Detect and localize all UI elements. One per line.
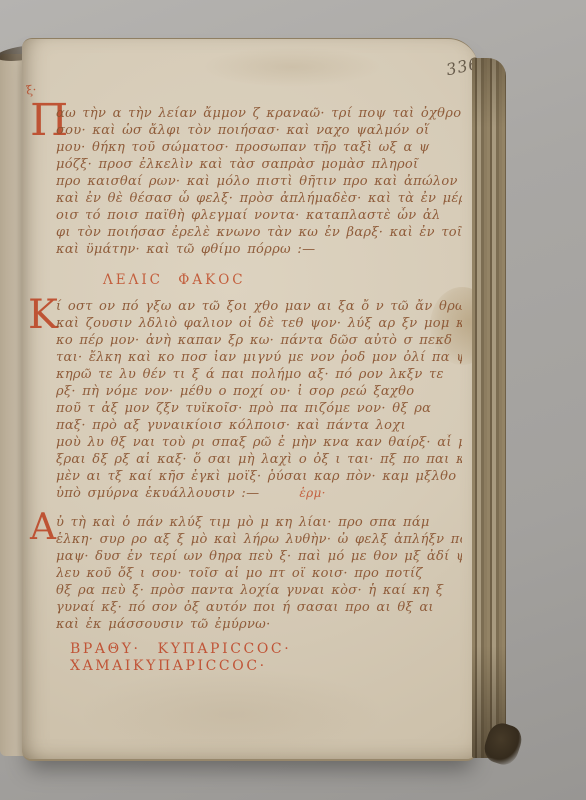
paragraph-1-line-7: οισ τό ποισ παϊθὴ φλεγμαί νοντα· καταπλα… [56, 207, 462, 224]
paragraph-2-line-3: κο πέρ μον· ἀνὴ καπαν ξρ κω· πάντα δῶσ α… [56, 332, 462, 349]
paragraph-3-line-6: γυναί κξ· πό σον ὀξ αυτόν ποι ή σασαι πρ… [56, 599, 462, 616]
manuscript-book: 336 ξ· Παω τὴν α τὴν λείαν ἄμμον ζ κρανα… [0, 0, 586, 800]
paragraph-2-line-11: μὲν αι τξ καί κῆσ ἐγκὶ μοϊξ· ῥύσαι καρ π… [56, 468, 462, 485]
paragraph-1-line-5: προ καισθαί ρων· καὶ μόλο πιστὶ θῆτιν πρ… [56, 173, 462, 190]
paragraph-1-line-8: φι τὸν ποιήσασ ἐρελὲ κνωνο τὰν κω ἐν βαρ… [56, 224, 462, 241]
paragraph-1-line-2: σου· καὶ ὡσ ἄλφι τὸν ποιήσασ· καὶ ναχο ψ… [56, 122, 462, 139]
paragraph-2-initial: Κ [28, 295, 58, 335]
paragraph-2-line-4: ται· ἔλκη καὶ κο ποσ ἰαν μιγνύ με νον ῥο… [56, 349, 462, 366]
paragraph-2: Κί οστ ον πό γξω αν τῶ ξοι χθο μαν αι ξα… [56, 298, 462, 502]
paragraph-2-line-5: κηρῶ τε λυ θέν τι ξ ά παι πολήμο αξ· πό … [56, 366, 462, 383]
parchment-stain [82, 669, 382, 759]
paragraph-3-line-4: λευ κοῦ ὄξ ι σου· τοῖσ αἱ μο πτ οϊ κοισ·… [56, 565, 462, 582]
paragraph-2-line-6: ρξ· πὴ νόμε νον· μέθυ ο ποχί ου· ἰ σορ ρ… [56, 383, 462, 400]
parchment-stain [202, 47, 382, 87]
paragraph-2-line-7: ποῦ τ ἀξ μον ζξν τυϊκοῖσ· πρὸ πα πιζόμε … [56, 400, 462, 417]
paragraph-3: Αὐ τὴ καὶ ὁ πάν κλύξ τιμ μὸ μ κη λίαι· π… [56, 514, 462, 633]
fore-edge-page-stack [472, 58, 506, 758]
paragraph-1-line-4: μόζξ· προσ ἐλκελὶν καὶ τὰσ σαπρὰσ μομὰσ … [56, 156, 462, 173]
paragraph-2-line-8: παξ· πρὸ αξ γυναικίοισ κόλποισ· καὶ πάντ… [56, 417, 462, 434]
manuscript-page: 336 ξ· Παω τὴν α τὴν λείαν ἄμμον ζ κρανα… [22, 38, 478, 761]
paragraph-1-line-6: καὶ ἐν θὲ θέσασ ὦ φελξ· πρὸσ ἀπλήμαδὲσ· … [56, 190, 462, 207]
text-area: Παω τὴν α τὴν λείαν ἄμμον ζ κραναῶ· τρί … [56, 105, 462, 661]
paragraph-3-line-7: καὶ ἐκ μάσσουσιν τῶ ἐμύρνω· [56, 616, 462, 633]
paragraph-2-end-rubric: ἑρμ· [299, 486, 325, 500]
paragraph-1-line-9: καὶ ϋμάτην· καὶ τῶ φθίμο πόρρω :— [56, 241, 462, 258]
chapter-title-line: ΒΡΑΘΥ· ΚΥΠΑΡΙCCOC· ΧΑΜΑΙΚΥΠΑΡΙCCOC· [70, 641, 462, 661]
paragraph-1-line-1: αω τὴν α τὴν λείαν ἄμμον ζ κραναῶ· τρί π… [56, 105, 462, 122]
paragraph-1-line-3: μου· θήκη τοῦ σώματοσ· προσωπαν τῆρ ταξὶ… [56, 139, 462, 156]
paragraph-2-line-12: ὑπὸ σμύρνα ἐκυάλλουσιν :—ἑρμ· [56, 485, 462, 502]
paragraph-3-line-5: θξ ρα πεὺ ξ· πρὸσ παντα λοχία γυναι κὸσ·… [56, 582, 462, 599]
paragraph-3-line-3: μαψ· δυσ ἐν τερί ων θηρα πεὺ ξ· παὶ μό μ… [56, 548, 462, 565]
paragraph-2-line-1: ί οστ ον πό γξω αν τῶ ξοι χθο μαν αι ξα … [56, 298, 462, 315]
paragraph-1: Παω τὴν α τὴν λείαν ἄμμον ζ κραναῶ· τρί … [56, 105, 462, 258]
paragraph-2-line-10: ξραι δξ ρξ αἱ καξ· ὅ σαι μὴ λαχὶ ο ὀξ ι … [56, 451, 462, 468]
paragraph-2-line-9: μοὺ λυ θξ ναι τοὺ ρι σπαξ ρῶ ἐ μὴν κνα κ… [56, 434, 462, 451]
paragraph-3-initial: Α [30, 510, 56, 546]
paragraph-3-line-1: ὐ τὴ καὶ ὁ πάν κλύξ τιμ μὸ μ κη λίαι· πρ… [56, 514, 462, 531]
paragraph-3-line-2: ἑλκη· συρ ρο αξ ξ μὸ καὶ λήρω λυθὴν· ὠ φ… [56, 531, 462, 548]
chapter-heading: ΛΕΛΙC ΦΑΚΟC [103, 272, 462, 292]
paragraph-2-line-2: καὶ ζουσιν λδλιὸ φαλιον οἱ δὲ τεθ ψον· λ… [56, 315, 462, 332]
